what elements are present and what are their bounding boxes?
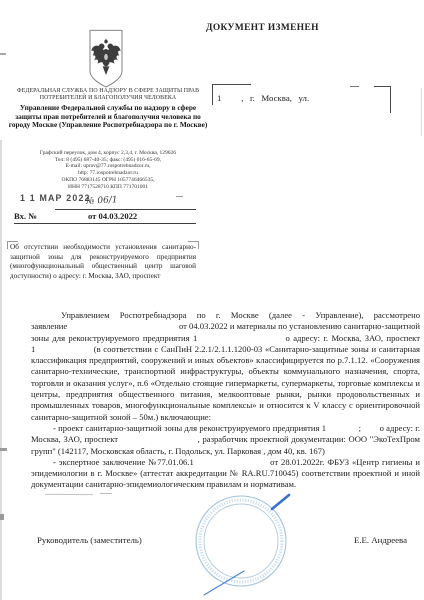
contact-line: Графский переулок, дом 4, корпус 2,3,4, …: [10, 150, 206, 157]
agency-parent-name: ФЕДЕРАЛЬНАЯ СЛУЖБА ПО НАДЗОРУ В СФЕРЕ ЗА…: [12, 88, 204, 102]
scanned-letter-page: ДОКУМЕНТ ИЗМЕНЕН ФЕДЕРАЛЬНАЯ СЛУЖБА ПО Н…: [0, 0, 424, 600]
coat-of-arms-icon: [86, 27, 126, 91]
incoming-number-label: Вх. №: [14, 211, 37, 221]
contact-line: Тел: 8 (495) 687-40-35; факс: (495) 616-…: [10, 157, 206, 164]
contact-line: http: 77.rospotrebnadzor.ru: [10, 170, 206, 177]
address-corner-mark: [350, 86, 359, 87]
pen-signature-stroke: [272, 495, 289, 509]
divider-line: [14, 223, 196, 224]
scan-artifact-tick: [0, 53, 6, 55]
scan-artifact-tick: [0, 514, 4, 520]
incoming-date: от 04.03.2022: [88, 211, 137, 221]
document-changed-notice: ДОКУМЕНТ ИЗМЕНЕН: [206, 23, 319, 33]
agency-name: Управление Федеральной службы по надзору…: [6, 104, 210, 130]
signer-title: Руководитель (заместитель): [37, 535, 142, 545]
outgoing-number-handwritten: № 06/1: [86, 195, 118, 207]
scan-artifact-right-line: [421, 88, 422, 136]
contact-line: ИНН 7717528710 КПП 771701001: [10, 184, 206, 191]
subject-block: Об отсутствии необходимости установления…: [10, 243, 196, 282]
contact-line: ОКПО 76883145 ОГРН 1057746466535,: [10, 177, 206, 184]
incoming-date-stamp: 1 1 МАР 2022: [20, 193, 91, 204]
round-stamp-icon: [194, 491, 294, 600]
body-paragraph: - экспертное заключение №77.01.06.1 от 2…: [31, 457, 420, 491]
divider-line: [55, 209, 196, 210]
signature-row: Руководитель (заместитель) Е.Е. Андреева: [0, 535, 424, 545]
signer-name: Е.Е. Андреева: [354, 535, 407, 545]
body-paragraph: - проект санитарно-защитной зоны для рек…: [31, 423, 420, 457]
contact-line: E-mail: uprav@77.rospotrebnadzor.ru,: [10, 163, 206, 170]
scan-artifact-tick: [0, 448, 7, 451]
body-paragraph: Управлением Роспотребнадзора по г. Москв…: [31, 310, 420, 423]
addressee-line: 1 , г. Москва, ул.: [217, 93, 397, 103]
contact-block: Графский переулок, дом 4, корпус 2,3,4, …: [10, 150, 206, 190]
pen-signature-stroke: [204, 571, 244, 595]
scan-artifact-dash: [176, 196, 183, 197]
scan-artifact-left-line: [0, 140, 2, 600]
scan-artifact-erasure: [100, 493, 112, 494]
scan-artifact-erasure: [45, 494, 93, 495]
body-paragraphs: Управлением Роспотребнадзора по г. Москв…: [31, 310, 420, 491]
